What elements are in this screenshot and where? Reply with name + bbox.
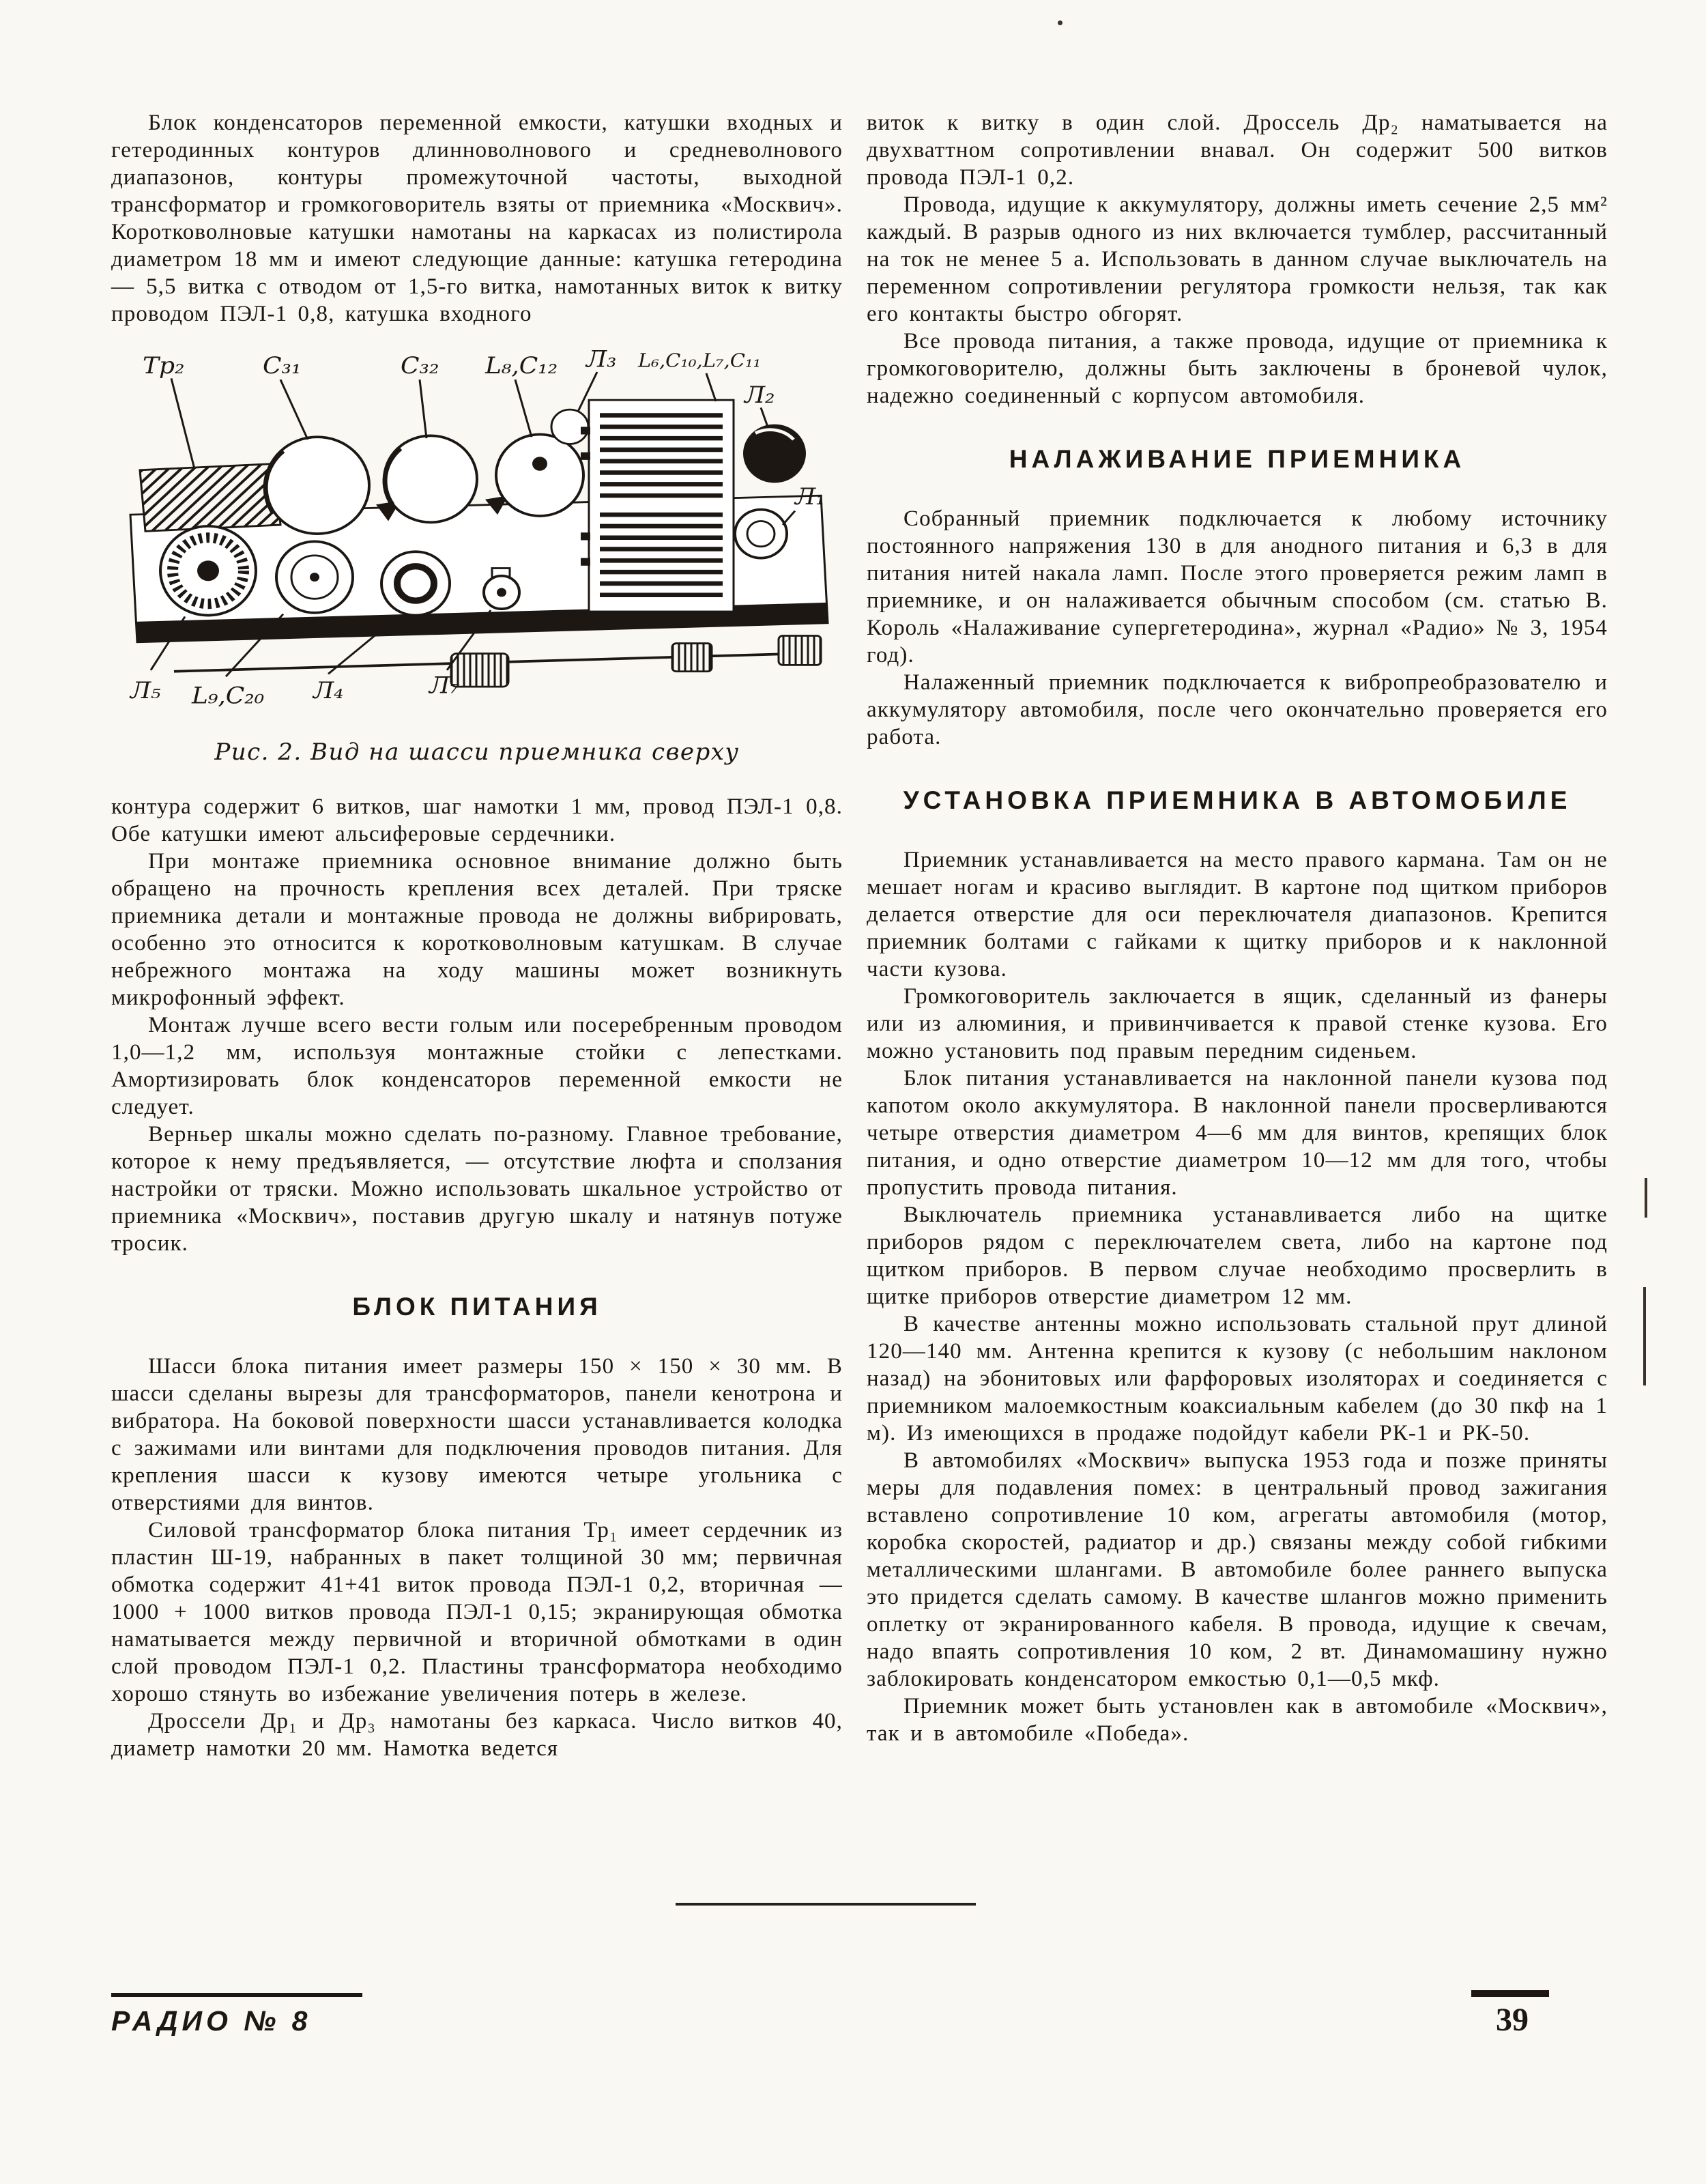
page-number: 39: [1496, 2001, 1529, 2039]
paragraph: В автомобилях «Москвич» выпуска 1953 год…: [867, 1447, 1608, 1693]
figure-label-l6c10l7c11: L₆,С₁₀,L₇,С₁₁: [637, 350, 761, 372]
paragraph: Верньер шкалы можно сделать по-разному. …: [111, 1121, 843, 1257]
paragraph: Монтаж лучше всего вести голым или посер…: [111, 1011, 843, 1121]
component-coil-l9c20: [276, 541, 353, 613]
footer-rule-right: [1471, 1990, 1549, 1997]
component-tube-l4: [381, 551, 450, 615]
figure-caption: Рис. 2. Вид на шасси приемника сверху: [111, 738, 843, 766]
paragraph: виток к витку в один слой. Дроссель Др₂ …: [867, 109, 1608, 191]
paragraph: Дроссели Др₁ и Др₃ намотаны без каркаса.…: [111, 1708, 843, 1762]
component-capacitor-c32: [384, 435, 477, 522]
paragraph: Приемник устанавливается на место правог…: [867, 846, 1608, 983]
mounting-foot: [779, 635, 821, 665]
scan-edge-mark: [1645, 1178, 1647, 1218]
column-end-divider: [676, 1903, 976, 1906]
paragraph: В качестве антенны можно использовать ст…: [867, 1310, 1608, 1447]
component-tube-l2: [743, 425, 806, 483]
scan-speck: [1058, 20, 1062, 25]
figure-label-c32: С₃₂: [401, 353, 439, 379]
figure-label-l4: Л₄: [312, 678, 344, 704]
paragraph: Собранный приемник подключается к любому…: [867, 505, 1608, 669]
footer-rule-left: [111, 1993, 362, 1997]
left-column: Блок конденсаторов переменной емкости, к…: [111, 109, 843, 1762]
paragraph: Налаженный приемник подключается к вибро…: [867, 669, 1608, 751]
heading-car-installation: УСТАНОВКА ПРИЕМНИКА В АВТОМОБИЛЕ: [867, 786, 1608, 815]
figure-label-c31: С₃₁: [263, 353, 301, 379]
paragraph: Шасси блока питания имеет размеры 150 × …: [111, 1353, 843, 1517]
footer-journal-title: РАДИО № 8: [111, 2005, 311, 2037]
figure-label-tr2: Тр₂: [143, 353, 184, 379]
paragraph: Приемник может быть установлен как в авт…: [867, 1693, 1608, 1747]
component-capacitor-c31: [265, 437, 369, 534]
paragraph: Блок питания устанавливается на наклонно…: [867, 1065, 1608, 1201]
paragraph: Провода, идущие к аккумулятору, должны и…: [867, 191, 1608, 328]
figure-label-l1: Л₁: [794, 484, 826, 511]
mounting-foot: [672, 644, 712, 672]
component-tube-l3: [551, 409, 588, 444]
figure-label-l8c12: L₈,С₁₂: [485, 353, 558, 379]
paragraph: Выключатель приемника устанавливается ли…: [867, 1201, 1608, 1310]
paragraph: Силовой трансформатор блока питания Тр₁ …: [111, 1517, 843, 1708]
chassis-illustration: Тр₂ С₃₁ С₃₂ L₈,С₁₂ Л₃ L₆,С₁₀,L₇,С₁₁ Л₂ Л…: [111, 344, 843, 726]
figure-label-l7: Л₇: [428, 673, 460, 700]
paragraph: При монтаже приемника основное внимание …: [111, 848, 843, 1011]
tuning-knob: [451, 654, 508, 687]
paragraph: Все провода питания, а также провода, ид…: [867, 328, 1608, 409]
component-coil-l8c12: [496, 435, 583, 516]
scan-edge-mark: [1643, 1287, 1646, 1385]
paragraph: Громкоговоритель заключается в ящик, сде…: [867, 983, 1608, 1065]
paragraph: Блок конденсаторов переменной емкости, к…: [111, 109, 843, 328]
component-tube-l5: [160, 526, 256, 616]
component-transformer-tr2: [140, 463, 280, 531]
figure-label-l3: Л₃: [585, 347, 617, 373]
paragraph: контура содержит 6 витков, шаг намотки 1…: [111, 793, 843, 848]
magazine-page: Блок конденсаторов переменной емкости, к…: [0, 0, 1706, 2184]
component-if-transformer-block: [581, 400, 734, 612]
figure-label-l5: Л₅: [129, 678, 161, 704]
figure-chassis: Тр₂ С₃₁ С₃₂ L₈,С₁₂ Л₃ L₆,С₁₀,L₇,С₁₁ Л₂ Л…: [111, 344, 843, 726]
component-tube-l1: [735, 510, 787, 558]
figure-label-l2: Л₂: [743, 382, 775, 409]
heading-receiver-tuning: НАЛАЖИВАНИЕ ПРИЕМНИКА: [867, 445, 1608, 474]
figure-label-l9c20: L₉,С₂₀: [191, 682, 264, 709]
right-column: виток к витку в один слой. Дроссель Др₂ …: [867, 109, 1608, 1747]
heading-power-supply: БЛОК ПИТАНИЯ: [111, 1293, 843, 1321]
